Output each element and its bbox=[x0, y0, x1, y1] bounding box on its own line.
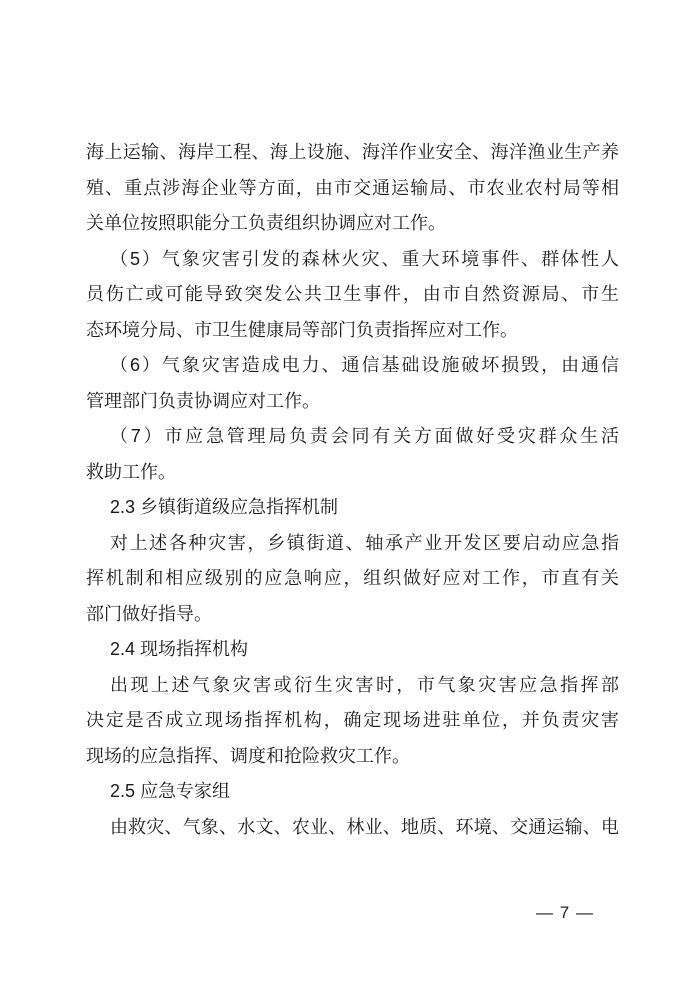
document-text-block: 海上运输、海岸工程、海上设施、海洋作业安全、海洋渔业生产养殖、重点涉海企业等方面… bbox=[86, 135, 619, 845]
section-heading: 2.5 应急专家组 bbox=[86, 774, 619, 810]
page-number: — 7 — bbox=[525, 901, 605, 925]
text-line: （5）气象灾害引发的森林火灾、重大环境事件、群体性人 bbox=[86, 242, 619, 278]
text-line: 对上述各种灾害，乡镇街道、轴承产业开发区要启动应急指 bbox=[86, 526, 619, 562]
text-line: 由救灾、气象、水文、农业、林业、地质、环境、交通运输、电 bbox=[86, 810, 619, 846]
text-line: 部门做好指导。 bbox=[86, 597, 619, 633]
text-line: 管理部门负责协调应对工作。 bbox=[86, 384, 619, 420]
text-line: 出现上述气象灾害或衍生灾害时，市气象灾害应急指挥部 bbox=[86, 668, 619, 704]
section-heading: 2.3 乡镇街道级应急指挥机制 bbox=[86, 490, 619, 526]
text-line: 态环境分局、市卫生健康局等部门负责指挥应对工作。 bbox=[86, 313, 619, 349]
document-page: 海上运输、海岸工程、海上设施、海洋作业安全、海洋渔业生产养殖、重点涉海企业等方面… bbox=[0, 0, 700, 990]
text-line: 决定是否成立现场指挥机构，确定现场进驻单位，并负责灾害 bbox=[86, 703, 619, 739]
text-line: 救助工作。 bbox=[86, 455, 619, 491]
text-line: 员伤亡或可能导致突发公共卫生事件，由市自然资源局、市生 bbox=[86, 277, 619, 313]
text-line: 挥机制和相应级别的应急响应，组织做好应对工作，市直有关 bbox=[86, 561, 619, 597]
text-line: （7）市应急管理局负责会同有关方面做好受灾群众生活 bbox=[86, 419, 619, 455]
section-heading: 2.4 现场指挥机构 bbox=[86, 632, 619, 668]
text-line: 殖、重点涉海企业等方面，由市交通运输局、市农业农村局等相 bbox=[86, 171, 619, 207]
text-line: 现场的应急指挥、调度和抢险救灾工作。 bbox=[86, 739, 619, 775]
text-line: 关单位按照职能分工负责组织协调应对工作。 bbox=[86, 206, 619, 242]
text-line: 海上运输、海岸工程、海上设施、海洋作业安全、海洋渔业生产养 bbox=[86, 135, 619, 171]
text-line: （6）气象灾害造成电力、通信基础设施破坏损毁，由通信 bbox=[86, 348, 619, 384]
